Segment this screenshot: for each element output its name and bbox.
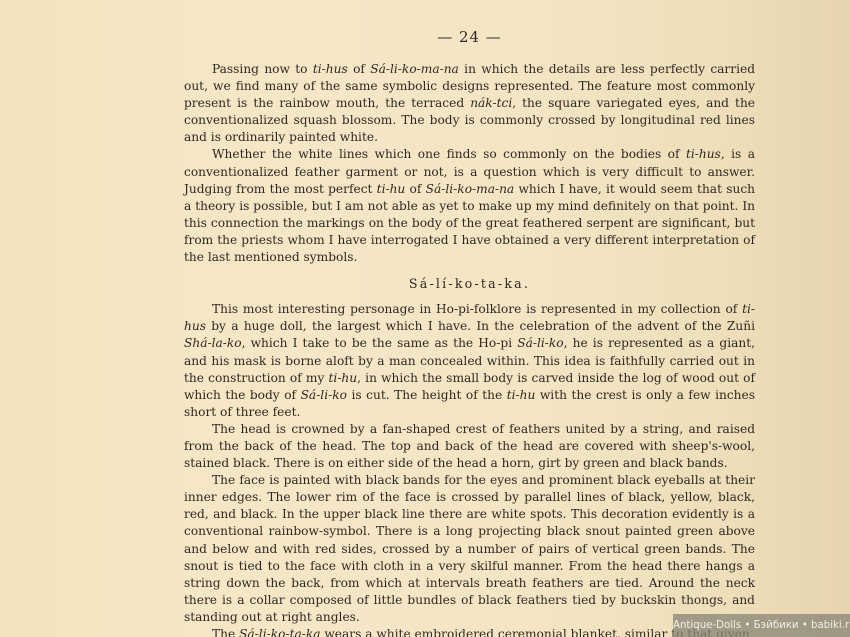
text-run: The bbox=[212, 627, 239, 637]
italic-term: Shá-la-ko bbox=[184, 336, 242, 350]
watermark: Antique-Dolls • Бэйбики • babiki.ru bbox=[673, 614, 850, 637]
text-run: of bbox=[405, 182, 425, 196]
body-text: Passing now to ti-hus of Sá-li-ko-ma-na … bbox=[184, 61, 755, 637]
italic-term: Sá-li-ko bbox=[517, 336, 563, 350]
italic-term: Sá-li-ko-ma-na bbox=[426, 182, 515, 196]
text-run: Whether the white lines which one finds … bbox=[212, 147, 686, 161]
italic-term: ti-hus bbox=[313, 62, 348, 76]
section-heading: Sá-lí-ko-ta-ka. bbox=[184, 266, 755, 301]
italic-term: nák-tci bbox=[470, 96, 512, 110]
text-run: is cut. The height of the bbox=[347, 388, 507, 402]
text-run: This most interesting personage in Ho-pi… bbox=[212, 302, 742, 316]
text-run: of bbox=[348, 62, 371, 76]
text-run: by a huge doll, the largest which I have… bbox=[206, 319, 755, 333]
italic-term: ti-hu bbox=[377, 182, 406, 196]
text-run: , which I take to be the same as the Ho-… bbox=[242, 336, 518, 350]
italic-term: ti-hu bbox=[329, 371, 358, 385]
text-run: Passing now to bbox=[212, 62, 313, 76]
italic-term: Sá-li-ko bbox=[301, 388, 347, 402]
page-number: — 24 — bbox=[184, 28, 755, 46]
paragraph: The face is painted with black bands for… bbox=[184, 472, 755, 626]
paragraph: This most interesting personage in Ho-pi… bbox=[184, 301, 755, 421]
text-run: The face is painted with black bands for… bbox=[184, 473, 755, 624]
italic-term: ti-hu bbox=[507, 388, 536, 402]
italic-term: Sá-li-ko-ta-ka bbox=[239, 627, 320, 637]
paragraphs-before-heading: Passing now to ti-hus of Sá-li-ko-ma-na … bbox=[184, 61, 755, 266]
italic-term: Sá-li-ko-ma-na bbox=[370, 62, 459, 76]
paragraph: Whether the white lines which one finds … bbox=[184, 146, 755, 266]
paragraph: The head is crowned by a fan-shaped cres… bbox=[184, 421, 755, 472]
paragraph: The Sá-li-ko-ta-ka wears a white embroid… bbox=[184, 626, 755, 637]
text-run: The head is crowned by a fan-shaped cres… bbox=[184, 422, 755, 470]
paragraphs-after-heading: This most interesting personage in Ho-pi… bbox=[184, 301, 755, 637]
italic-term: ti-hus bbox=[686, 147, 721, 161]
paragraph: Passing now to ti-hus of Sá-li-ko-ma-na … bbox=[184, 61, 755, 146]
